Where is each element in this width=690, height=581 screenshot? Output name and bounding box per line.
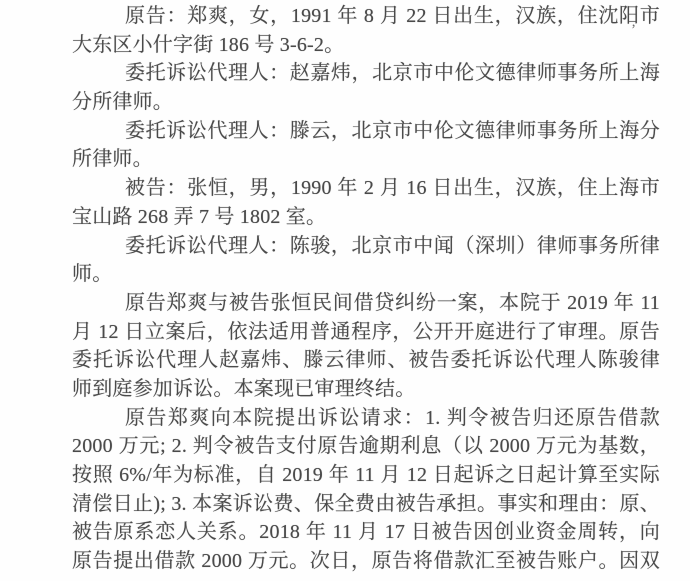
document-text-line: 委托诉讼代理人：陈骏，北京市中闻（深圳）律师事务所律 xyxy=(72,232,660,261)
document-text-line: 师。 xyxy=(72,260,660,289)
document-page: 原告：郑爽，女，1991 年 8 月 22 日出生，汉族，住沈阳市大东区小什字街… xyxy=(0,0,690,581)
document-text-line: 委托诉讼代理人：滕云，北京市中伦文德律师事务所上海分 xyxy=(72,117,660,146)
document-text-line: 委托诉讼代理人：赵嘉炜，北京市中伦文德律师事务所上海 xyxy=(72,59,660,88)
scan-artifact-mark: ’ xyxy=(631,22,636,39)
document-text-line: 大东区小什字街 186 号 3-6-2。 xyxy=(72,31,660,60)
document-text-line: 委托诉讼代理人赵嘉炜、滕云律师、被告委托诉讼代理人陈骏律 xyxy=(72,346,660,375)
document-text-line: 师到庭参加诉讼。本案现已审理终结。 xyxy=(72,375,660,404)
document-text-line: 原告郑爽向本院提出诉讼请求：1. 判令被告归还原告借款 xyxy=(72,404,660,433)
document-text-line: 2000 万元; 2. 判令被告支付原告逾期利息（以 2000 万元为基数， xyxy=(72,432,660,461)
document-text-line: 清偿日止); 3. 本案诉讼费、保全费由被告承担。事实和理由：原、 xyxy=(72,490,660,519)
document-text-line: 原告郑爽与被告张恒民间借贷纠纷一案，本院于 2019 年 11 xyxy=(72,289,660,318)
document-text-line: 原告提出借款 2000 万元。次日，原告将借款汇至被告账户。因双 xyxy=(72,547,660,576)
document-text-line: 分所律师。 xyxy=(72,88,660,117)
document-text-line: 所律师。 xyxy=(72,145,660,174)
document-body: 原告：郑爽，女，1991 年 8 月 22 日出生，汉族，住沈阳市大东区小什字街… xyxy=(72,2,660,576)
document-text-line: 月 12 日立案后，依法适用普通程序，公开开庭进行了审理。原告 xyxy=(72,318,660,347)
document-text-line: 原告：郑爽，女，1991 年 8 月 22 日出生，汉族，住沈阳市 xyxy=(72,2,660,31)
document-text-line: 按照 6%/年为标准，自 2019 年 11 月 12 日起诉之日起计算至实际 xyxy=(72,461,660,490)
document-text-line: 被告原系恋人关系。2018 年 11 月 17 日被告因创业资金周转，向 xyxy=(72,518,660,547)
document-text-line: 宝山路 268 弄 7 号 1802 室。 xyxy=(72,203,660,232)
document-text-line: 被告：张恒，男，1990 年 2 月 16 日出生，汉族，住上海市 xyxy=(72,174,660,203)
